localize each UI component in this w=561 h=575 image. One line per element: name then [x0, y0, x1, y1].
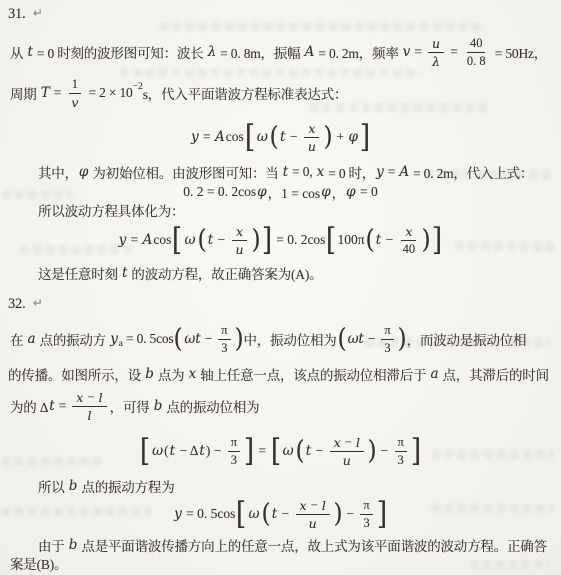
text-segment: − — [365, 331, 379, 347]
problem-32-number: 32. ↵ — [8, 295, 43, 313]
text-segment: = — [56, 398, 70, 414]
bracket-glyph: ( — [197, 227, 206, 253]
text-segment: = 0 时刻的波形图可知：波长 — [34, 42, 207, 62]
math-variable: x — [188, 366, 197, 382]
text-segment: 周期 — [10, 83, 40, 103]
fraction-denominator: v — [67, 94, 82, 110]
math-variable: t — [375, 232, 382, 248]
math-variable: t — [198, 443, 205, 459]
bracket-glyph: ( — [295, 438, 304, 464]
fraction-denominator: 3 — [360, 515, 372, 531]
fraction: uλ — [428, 36, 444, 69]
math-variable: l — [321, 498, 327, 513]
fraction-denominator: u — [305, 515, 321, 531]
math-variable: a — [429, 366, 439, 382]
math-variable: t — [121, 265, 128, 281]
fraction-denominator: 3 — [381, 340, 393, 356]
text-segment: π — [384, 323, 390, 338]
math-variable: x — [307, 121, 316, 136]
math-variable: t — [169, 443, 176, 459]
fraction: x40 — [400, 224, 419, 257]
p31-standard-wave-equation: y = Acos[ω(t − xu) + φ] — [20, 116, 541, 158]
text-segment: − — [84, 390, 97, 405]
text-segment: − — [286, 129, 300, 145]
text-segment: 3 — [221, 341, 227, 356]
math-variable: u — [307, 139, 317, 154]
text-segment: ，可得 — [110, 396, 153, 416]
fraction-numerator: x — [232, 224, 247, 241]
text-segment: 的波动方程，故正确答案为(A)。 — [128, 263, 322, 283]
fraction-denominator: 3 — [395, 452, 407, 468]
text-segment: π — [231, 435, 237, 450]
text-segment: 31. — [8, 6, 26, 23]
text-segment: 轴上任意一点，该点的振动位相滞后于 — [197, 364, 429, 384]
bracket-glyph: ) — [397, 326, 406, 352]
bracket-glyph: [ — [245, 122, 255, 153]
bracket-glyph: ( — [269, 124, 278, 150]
math-variable: x — [333, 435, 342, 450]
fraction: 400. 8 — [464, 36, 489, 69]
fraction-denominator: u — [339, 452, 355, 468]
text-segment: 32. — [8, 296, 26, 313]
text-segment: = 0. 5cos — [183, 506, 236, 522]
bracket-glyph: ( — [261, 501, 270, 527]
text-segment: = 0. 2m，代入上式： — [410, 162, 533, 182]
math-variable: φ — [347, 129, 358, 145]
fraction-numerator: π — [218, 323, 230, 340]
bracket-glyph: [ — [326, 225, 336, 256]
fraction: π3 — [218, 323, 230, 356]
text-segment: ， — [332, 182, 346, 202]
text-segment: 其中， — [38, 162, 78, 182]
p32-conclusion-line-1: 由于 b 点是平面谐波传播方向上的任意一点，故上式为该平面谐波的波动方程。正确答 — [38, 536, 547, 554]
math-variable: t — [282, 164, 289, 180]
text-segment: = — [385, 164, 399, 180]
text-segment: − — [377, 443, 391, 459]
problem-31-number: 31. ↵ — [8, 5, 43, 23]
math-variable: ω — [248, 506, 261, 522]
math-variable: λ — [431, 54, 441, 69]
fraction: x − lu — [330, 435, 364, 468]
fraction-denominator: u — [304, 138, 320, 154]
text-segment: − — [382, 232, 396, 248]
text-segment: = — [200, 129, 214, 145]
fraction: π3 — [395, 435, 407, 468]
bracket-glyph: ) — [323, 124, 332, 150]
text-segment: 3 — [363, 516, 369, 531]
paragraph-return-mark: ↵ — [26, 296, 43, 310]
text-segment: = — [51, 85, 65, 101]
text-segment: cos — [226, 129, 244, 145]
text-segment: 0. 8 — [467, 54, 486, 69]
bracket-glyph: ] — [411, 436, 421, 467]
math-variable: u — [342, 453, 352, 468]
fraction: x − ll — [72, 390, 106, 423]
math-variable: φ — [345, 184, 356, 200]
math-variable: u — [308, 516, 318, 531]
math-variable: A — [304, 44, 316, 60]
text-segment: = — [447, 44, 461, 60]
text-segment: − — [312, 443, 326, 459]
text-segment: − Δ — [176, 443, 198, 459]
fraction-numerator: x − l — [330, 435, 364, 452]
math-variable: x — [316, 164, 325, 180]
text-segment: − — [201, 331, 215, 347]
bracket-glyph: ] — [377, 499, 387, 530]
text-segment: 所以波动方程具体化为： — [38, 200, 184, 220]
p32-phase-equality: [ω(t − Δt) − π3] = [ω(t − x − lu) − π3] — [20, 430, 541, 472]
math-variable: t — [48, 398, 55, 414]
text-segment: 点为 — [155, 364, 188, 384]
bracket-glyph: ) — [333, 501, 342, 527]
text-segment: s，代入平面谐波方程标准表达式： — [143, 83, 348, 103]
math-variable: A — [398, 164, 410, 180]
math-variable: a — [26, 331, 36, 347]
text-segment: = 0. 8m，振幅 — [217, 42, 304, 62]
text-segment: 为初始位相。由波形图可知：当 — [89, 162, 282, 182]
fraction-numerator: π — [381, 323, 393, 340]
math-variable: ω — [151, 443, 164, 459]
text-segment: − — [214, 232, 228, 248]
scanned-solution-page: 31. ↵ 从 t = 0 时刻的波形图可知：波长 λ = 0. 8m，振幅 A… — [0, 0, 561, 575]
text-segment: 3 — [398, 453, 404, 468]
fraction: x − lu — [296, 498, 330, 531]
math-variable: x — [235, 224, 244, 239]
p31-therefore-line: 所以波动方程具体化为： — [38, 201, 184, 219]
text-segment: 点的振动方 — [36, 329, 109, 349]
text-segment: ，1 = cos — [268, 182, 321, 202]
math-variable: ω — [282, 443, 295, 459]
text-segment: 从 — [10, 42, 26, 62]
text-segment: = — [255, 443, 269, 459]
text-segment: − — [343, 506, 357, 522]
p32-final-wave-equation: y = 0. 5cos[ω(t − x − lu) − π3] — [20, 493, 541, 535]
math-variable: y — [118, 232, 128, 248]
text-segment: ，而波动是振动位相 — [407, 329, 527, 349]
math-variable: ω — [256, 129, 269, 145]
math-variable: A — [214, 129, 226, 145]
math-variable: l — [355, 435, 361, 450]
text-segment: 3 — [384, 341, 390, 356]
math-variable: t — [279, 129, 286, 145]
text-segment: 40 — [403, 242, 416, 257]
fraction-numerator: π — [228, 435, 240, 452]
math-variable: A — [142, 232, 154, 248]
text-segment: 3 — [231, 453, 237, 468]
math-variable: ωt — [183, 331, 201, 347]
math-variable: y — [375, 164, 384, 180]
text-segment: + — [333, 129, 347, 145]
text-segment: 由于 — [38, 535, 68, 555]
bracket-glyph: ( — [337, 326, 346, 352]
text-segment: = — [127, 232, 141, 248]
text-segment: 点，其滞后的时间 — [439, 364, 549, 384]
fraction-denominator: l — [83, 407, 95, 423]
math-variable: y — [173, 506, 183, 522]
bracket-glyph: [ — [172, 225, 182, 256]
math-variable: x — [75, 390, 84, 405]
text-segment: 这是任意时刻 — [38, 263, 121, 283]
text-segment: 点是平面谐波传播方向上的任意一点，故上式为该平面谐波的波动方程。正确答 — [78, 535, 547, 555]
p32-conclusion-line-2: 案是(B)。 — [10, 554, 67, 572]
math-variable: φ — [320, 184, 331, 200]
superscript: −2 — [133, 82, 143, 92]
fraction: π3 — [381, 323, 393, 356]
math-variable: y — [190, 129, 200, 145]
math-variable: t — [305, 443, 312, 459]
math-variable: ω — [184, 232, 197, 248]
text-segment: 100π — [338, 232, 365, 248]
math-variable: t — [271, 506, 278, 522]
text-segment: = 0. 2m，频率 — [315, 42, 402, 62]
math-variable: l — [98, 390, 104, 405]
text-segment: 在 — [10, 329, 26, 349]
p31-given-values-line: 从 t = 0 时刻的波形图可知：波长 λ = 0. 8m，振幅 A = 0. … — [10, 31, 547, 73]
fraction-numerator: 1 — [69, 77, 81, 94]
bracket-glyph: ] — [262, 225, 272, 256]
text-segment: ) − — [206, 443, 225, 459]
text-segment: 40 — [470, 36, 483, 51]
text-segment: = 0 — [357, 184, 378, 200]
math-variable: ωt — [347, 331, 365, 347]
fraction-numerator: u — [428, 36, 444, 53]
fraction-numerator: 40 — [467, 36, 486, 53]
math-variable: b — [153, 398, 163, 414]
text-segment: = 0. 5cos — [123, 331, 174, 347]
math-variable: φ — [78, 164, 89, 180]
text-segment: − — [342, 435, 355, 450]
math-variable: x — [299, 498, 308, 513]
math-variable: u — [431, 36, 441, 51]
text-segment: π — [221, 323, 227, 338]
text-segment: 0. 2 = 0. 2cos — [183, 184, 256, 200]
bracket-glyph: [ — [236, 499, 246, 530]
math-variable: t — [207, 232, 214, 248]
fraction-denominator: 0. 8 — [464, 53, 489, 69]
p31-final-wave-equation: y = Acos[ω(t − xu)] = 0. 2cos[100π(t − x… — [20, 219, 541, 261]
fraction-denominator: 40 — [400, 241, 419, 257]
math-variable: t — [26, 44, 33, 60]
text-segment: − — [278, 506, 292, 522]
math-variable: u — [235, 242, 245, 257]
p31-phase-solution: 0. 2 = 0. 2cosφ，1 = cosφ，φ = 0 — [20, 183, 541, 201]
fraction-numerator: x − l — [72, 390, 106, 407]
fraction-denominator: λ — [428, 53, 444, 69]
p31-period-line: 周期 T = 1v = 2 × 10−2s，代入平面谐波方程标准表达式： — [10, 72, 347, 114]
bleedthrough-mark — [470, 560, 550, 569]
fraction-numerator: x − l — [296, 498, 330, 515]
math-variable: x — [404, 224, 413, 239]
math-variable: b — [144, 366, 154, 382]
bracket-glyph: [ — [270, 436, 280, 467]
fraction-numerator: π — [360, 498, 372, 515]
bracket-glyph: ] — [244, 436, 254, 467]
bracket-glyph: ( — [174, 326, 183, 352]
p31-initial-phase-line: 其中，φ 为初始位相。由波形图可知：当 t = 0, x = 0 时，y = A… — [38, 163, 533, 181]
text-segment: 为的 Δ — [10, 396, 48, 416]
fraction: xu — [304, 121, 320, 154]
text-segment: 1 — [72, 77, 78, 92]
text-segment: π — [398, 435, 404, 450]
math-variable: v — [402, 44, 411, 60]
fraction: xu — [232, 224, 248, 257]
fraction: π3 — [360, 498, 372, 531]
bracket-glyph: ) — [251, 227, 260, 253]
text-segment: 点的振动位相为 — [163, 396, 259, 416]
p32-vibration-equation-line: 在 a 点的振动方 ya = 0. 5cos(ωt − π3)中，振动位相为(ω… — [10, 318, 526, 360]
math-variable: b — [68, 537, 78, 553]
bracket-glyph: ] — [432, 225, 442, 256]
fraction-numerator: x — [304, 121, 319, 138]
bracket-glyph: ) — [422, 227, 431, 253]
text-segment: π — [363, 498, 369, 513]
bracket-glyph: ) — [234, 326, 243, 352]
text-segment: = 0 时， — [325, 162, 375, 182]
bleedthrough-mark — [160, 22, 480, 31]
text-segment: − — [308, 498, 321, 513]
p32-propagation-line: 的传播。如图所示，设 b 点为 x 轴上任意一点，该点的振动位相滞后于 a 点，… — [8, 365, 549, 383]
bracket-glyph: ( — [365, 227, 374, 253]
math-variable: b — [68, 478, 78, 494]
subscript: a — [119, 339, 123, 349]
text-segment: 案是(B)。 — [10, 553, 67, 573]
fraction-numerator: x — [401, 224, 416, 241]
fraction-denominator: u — [232, 241, 248, 257]
p31-answer-line: 这是任意时刻 t 的波动方程，故正确答案为(A)。 — [38, 264, 322, 282]
math-variable: φ — [256, 184, 267, 200]
fraction-denominator: 3 — [218, 340, 230, 356]
math-variable: v — [70, 95, 79, 110]
fraction-denominator: 3 — [228, 452, 240, 468]
bracket-glyph: [ — [140, 436, 150, 467]
text-segment: cos — [153, 232, 171, 248]
text-segment: 中，振动位相为 — [244, 329, 337, 349]
bracket-glyph: ] — [360, 122, 370, 153]
fraction: 1v — [67, 77, 82, 110]
math-variable: y — [109, 331, 118, 347]
text-segment: 的传播。如图所示，设 — [8, 364, 144, 384]
text-segment: = 2 × 10 — [85, 85, 132, 101]
text-segment: = 0. 2cos — [273, 232, 326, 248]
bracket-glyph: ) — [367, 438, 376, 464]
math-variable: l — [86, 408, 92, 423]
p32-time-lag-line: 为的 Δt = x − ll，可得 b 点的振动位相为 — [10, 385, 259, 427]
text-segment: = 50Hz， — [492, 42, 548, 62]
math-variable: λ — [207, 44, 217, 60]
fraction-numerator: π — [395, 435, 407, 452]
text-segment: = — [411, 44, 425, 60]
fraction: π3 — [228, 435, 240, 468]
text-segment: = 0, — [289, 164, 316, 180]
paragraph-return-mark: ↵ — [26, 6, 43, 20]
math-variable: T — [40, 85, 51, 101]
